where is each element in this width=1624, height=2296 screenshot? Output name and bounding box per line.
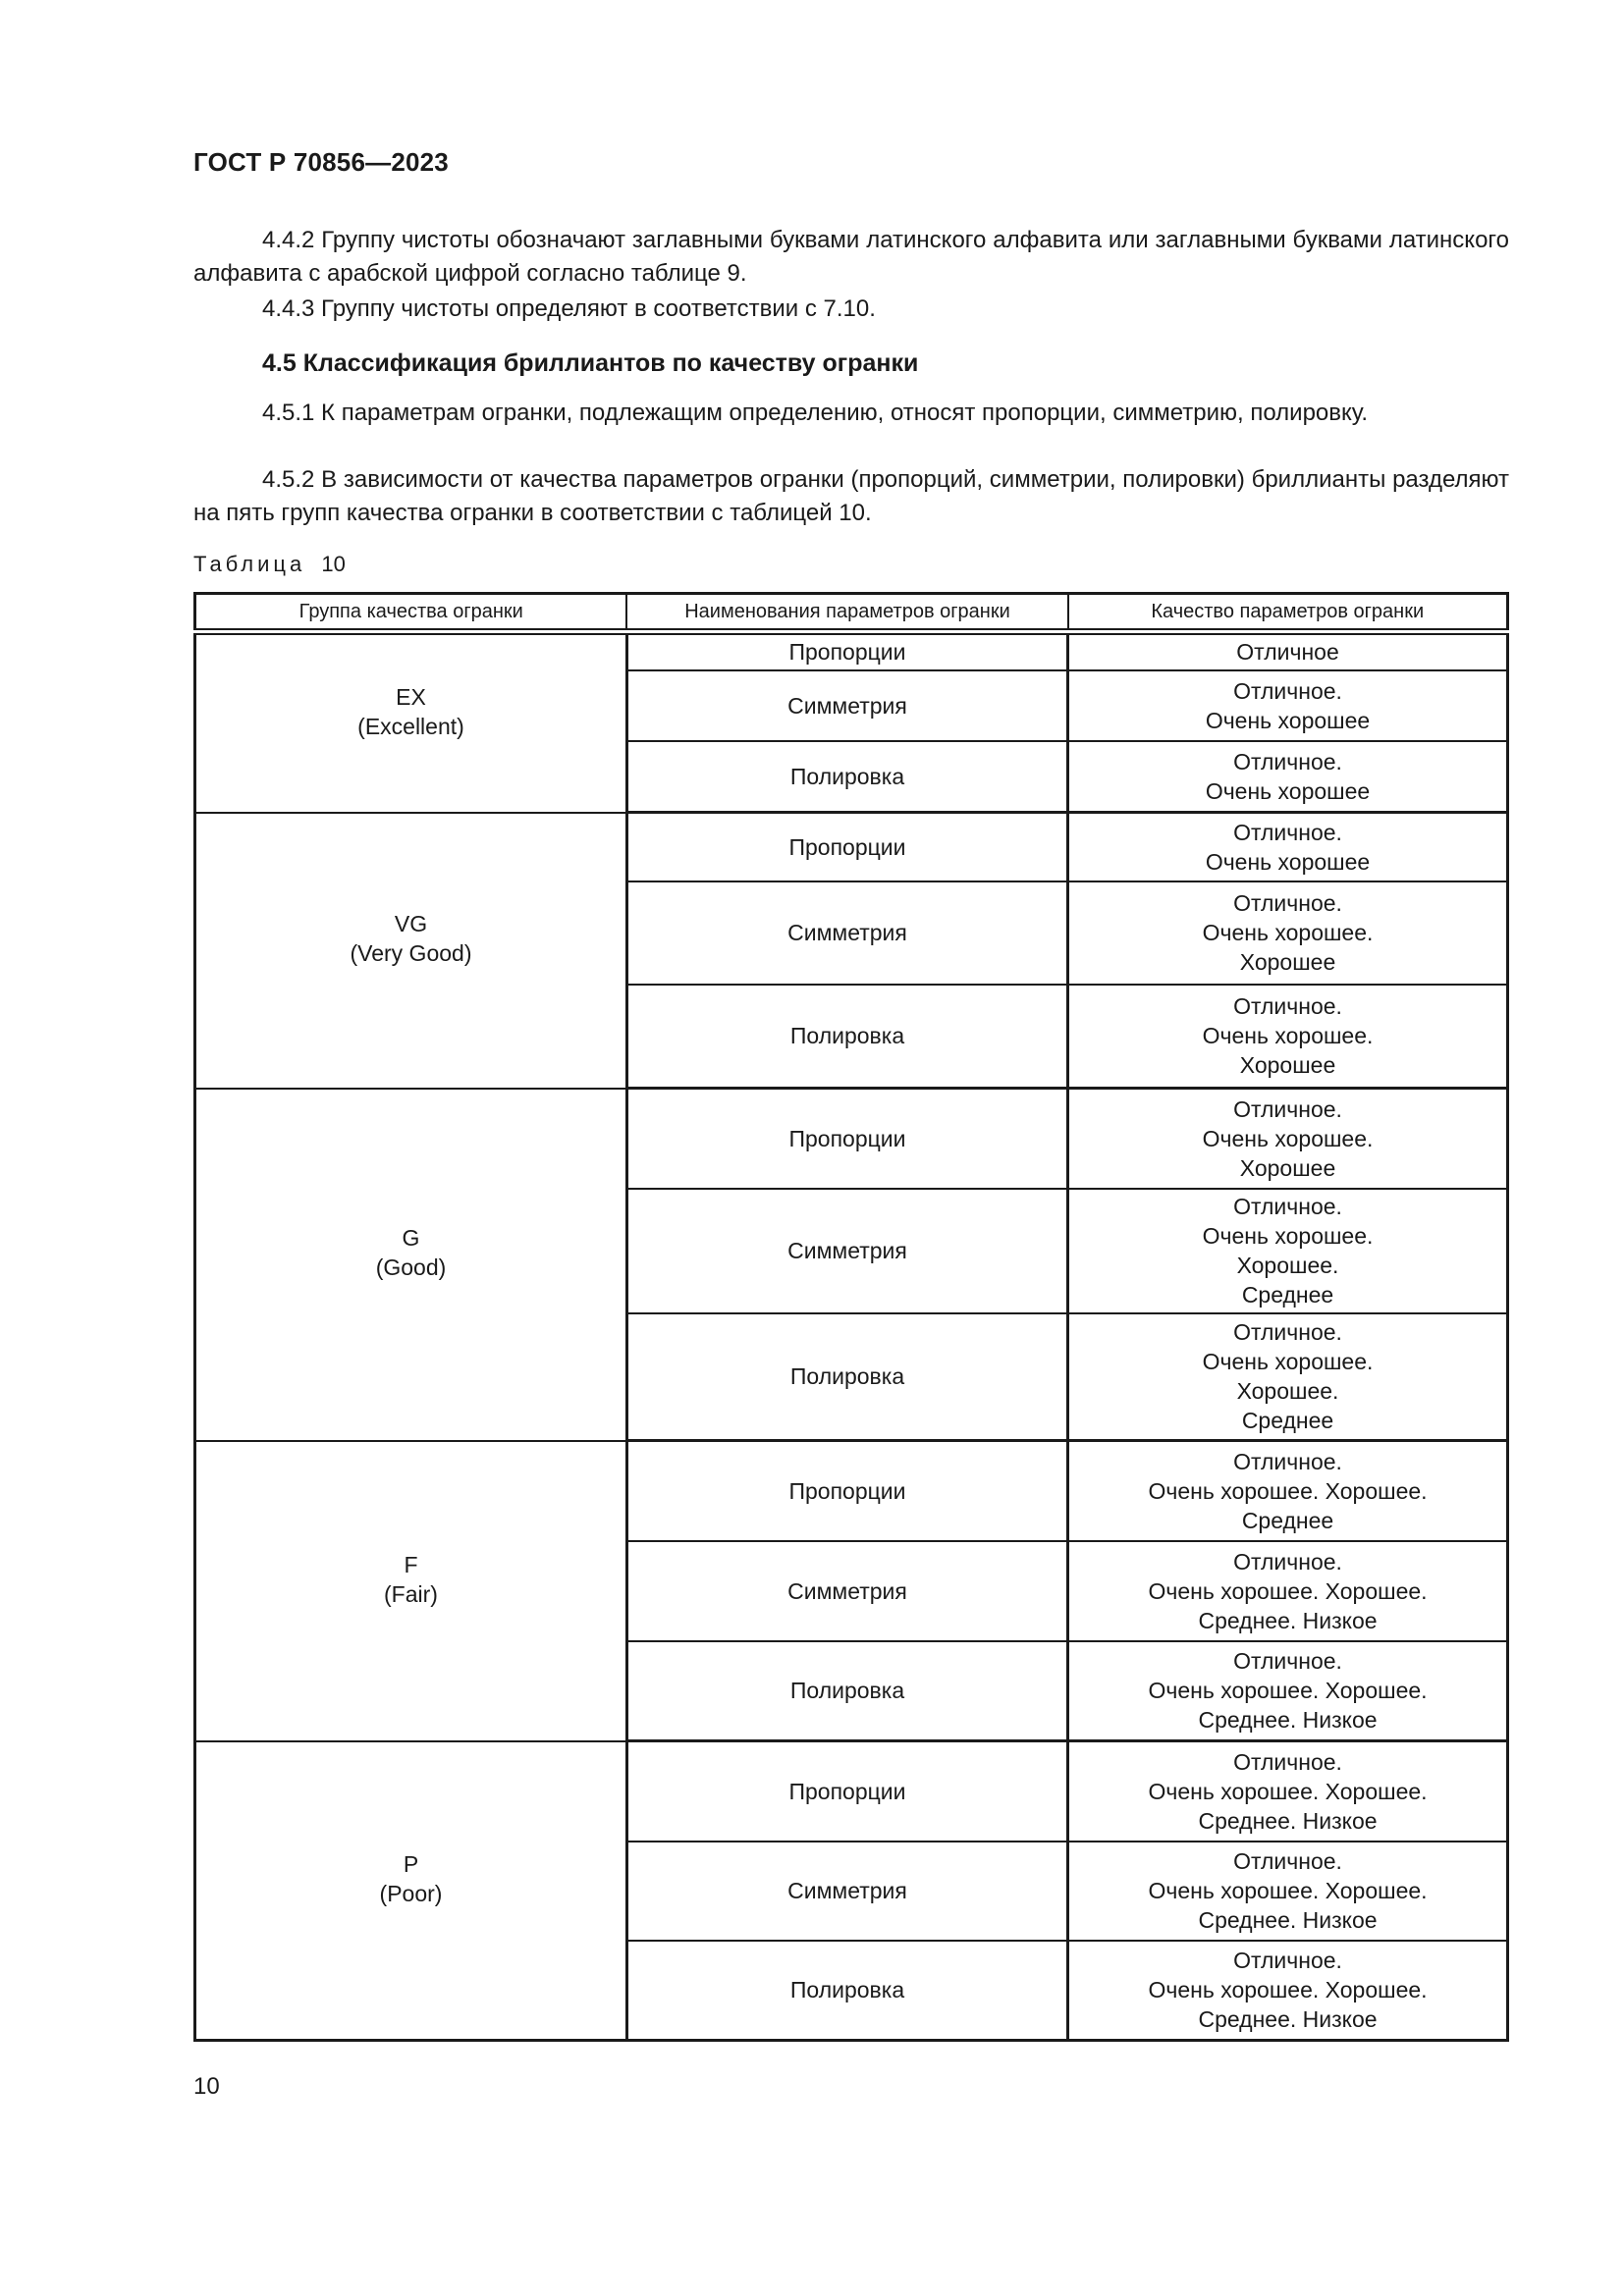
paragraph-4-5-1: 4.5.1 К параметрам огранки, подлежащим о… bbox=[193, 397, 1509, 430]
quality-line: Отличное. bbox=[1075, 888, 1500, 918]
parameter-cell: Полировка bbox=[626, 985, 1067, 1089]
quality-cell: Отличное.Очень хорошее. Хорошее.Среднее.… bbox=[1068, 1541, 1508, 1641]
quality-line: Очень хорошее bbox=[1075, 776, 1500, 806]
section-title-4-5: 4.5 Классификация бриллиантов по качеств… bbox=[262, 349, 918, 378]
quality-cell: Отличное.Очень хорошее. Хорошее.Среднее.… bbox=[1068, 1941, 1508, 2041]
cut-group-cell: F(Fair) bbox=[195, 1441, 627, 1741]
quality-line: Очень хорошее. Хорошее. bbox=[1075, 1476, 1500, 1506]
quality-line: Очень хорошее. bbox=[1075, 1221, 1500, 1251]
quality-line: Очень хорошее. Хорошее. bbox=[1075, 1876, 1500, 1905]
parameter-cell: Полировка bbox=[626, 741, 1067, 813]
quality-line: Хорошее. bbox=[1075, 1376, 1500, 1406]
cut-quality-table: Группа качества огранки Наименования пар… bbox=[193, 592, 1509, 2042]
cut-group-cell: VG(Very Good) bbox=[195, 813, 627, 1089]
quality-cell: Отличное.Очень хорошее. Хорошее.Среднее.… bbox=[1068, 1741, 1508, 1842]
quality-line: Отличное. bbox=[1075, 1547, 1500, 1576]
header-quality: Качество параметров огранки bbox=[1068, 594, 1508, 632]
quality-cell: Отличное.Очень хорошее bbox=[1068, 670, 1508, 741]
quality-line: Очень хорошее. Хорошее. bbox=[1075, 1576, 1500, 1606]
parameter-cell: Пропорции bbox=[626, 813, 1067, 881]
table-row: F(Fair)ПропорцииОтличное.Очень хорошее. … bbox=[195, 1441, 1508, 1541]
group-code: F bbox=[202, 1550, 620, 1579]
group-name: (Good) bbox=[202, 1253, 620, 1282]
quality-line: Очень хорошее bbox=[1075, 706, 1500, 735]
quality-cell: Отличное.Очень хорошее.Хорошее bbox=[1068, 1089, 1508, 1189]
paragraph-text: 4.4.2 Группу чистоты обозначают заглавны… bbox=[193, 227, 1509, 287]
table-caption: Таблица 10 bbox=[193, 552, 346, 577]
quality-line: Отличное. bbox=[1075, 991, 1500, 1021]
parameter-cell: Пропорции bbox=[626, 1089, 1067, 1189]
parameter-cell: Полировка bbox=[626, 1313, 1067, 1441]
cut-group-cell: P(Poor) bbox=[195, 1741, 627, 2041]
header-parameter: Наименования параметров огранки bbox=[626, 594, 1067, 632]
quality-line: Хорошее bbox=[1075, 1153, 1500, 1183]
quality-line: Очень хорошее. bbox=[1075, 1021, 1500, 1050]
quality-cell: Отличное.Очень хорошее. Хорошее.Среднее.… bbox=[1068, 1641, 1508, 1741]
quality-line: Отличное. bbox=[1075, 1846, 1500, 1876]
parameter-cell: Полировка bbox=[626, 1941, 1067, 2041]
group-code: EX bbox=[202, 682, 620, 712]
cut-group-cell: EX(Excellent) bbox=[195, 632, 627, 813]
table-header-row: Группа качества огранки Наименования пар… bbox=[195, 594, 1508, 632]
group-name: (Fair) bbox=[202, 1579, 620, 1609]
table-row: VG(Very Good)ПропорцииОтличное.Очень хор… bbox=[195, 813, 1508, 881]
header-group: Группа качества огранки bbox=[195, 594, 627, 632]
paragraph-text: 4.4.3 Группу чистоты определяют в соотве… bbox=[262, 295, 876, 322]
parameter-cell: Пропорции bbox=[626, 1741, 1067, 1842]
quality-line: Отличное. bbox=[1075, 1447, 1500, 1476]
quality-line: Очень хорошее bbox=[1075, 847, 1500, 877]
cut-group-cell: G(Good) bbox=[195, 1089, 627, 1441]
group-name: (Excellent) bbox=[202, 712, 620, 741]
parameter-cell: Пропорции bbox=[626, 632, 1067, 670]
quality-line: Отличное. bbox=[1075, 1192, 1500, 1221]
quality-line: Отличное. bbox=[1075, 1747, 1500, 1777]
quality-cell: Отличное.Очень хорошее bbox=[1068, 813, 1508, 881]
quality-line: Хорошее. bbox=[1075, 1251, 1500, 1280]
group-code: G bbox=[202, 1223, 620, 1253]
table-row: P(Poor)ПропорцииОтличное.Очень хорошее. … bbox=[195, 1741, 1508, 1842]
quality-line: Очень хорошее. bbox=[1075, 918, 1500, 947]
parameter-cell: Симметрия bbox=[626, 670, 1067, 741]
quality-line: Очень хорошее. Хорошее. bbox=[1075, 1676, 1500, 1705]
quality-line: Отличное. bbox=[1075, 1317, 1500, 1347]
group-name: (Very Good) bbox=[202, 938, 620, 968]
parameter-cell: Симметрия bbox=[626, 1541, 1067, 1641]
quality-line: Отличное. bbox=[1075, 1646, 1500, 1676]
quality-line: Очень хорошее. Хорошее. bbox=[1075, 1975, 1500, 2004]
quality-line: Отличное. bbox=[1075, 676, 1500, 706]
quality-line: Среднее bbox=[1075, 1506, 1500, 1535]
quality-cell: Отличное bbox=[1068, 632, 1508, 670]
parameter-cell: Полировка bbox=[626, 1641, 1067, 1741]
quality-cell: Отличное.Очень хорошее.Хорошее.Среднее bbox=[1068, 1313, 1508, 1441]
quality-line: Отличное. bbox=[1075, 1946, 1500, 1975]
parameter-cell: Симметрия bbox=[626, 1189, 1067, 1313]
quality-cell: Отличное.Очень хорошее.Хорошее bbox=[1068, 881, 1508, 985]
quality-cell: Отличное.Очень хорошее.Хорошее bbox=[1068, 985, 1508, 1089]
quality-line: Среднее. Низкое bbox=[1075, 1606, 1500, 1635]
group-code: VG bbox=[202, 909, 620, 938]
group-code: P bbox=[202, 1849, 620, 1879]
quality-line: Очень хорошее. bbox=[1075, 1347, 1500, 1376]
quality-line: Среднее. Низкое bbox=[1075, 2004, 1500, 2034]
paragraph-text: 4.5.2 В зависимости от качества параметр… bbox=[193, 466, 1509, 526]
paragraph-4-4-3: 4.4.3 Группу чистоты определяют в соотве… bbox=[193, 293, 1509, 326]
page-number: 10 bbox=[193, 2073, 220, 2101]
quality-line: Хорошее bbox=[1075, 1050, 1500, 1080]
quality-line: Среднее bbox=[1075, 1280, 1500, 1309]
table-row: EX(Excellent)ПропорцииОтличное bbox=[195, 632, 1508, 670]
parameter-cell: Симметрия bbox=[626, 1842, 1067, 1941]
quality-line: Среднее. Низкое bbox=[1075, 1705, 1500, 1735]
quality-line: Хорошее bbox=[1075, 947, 1500, 977]
document-id-header: ГОСТ Р 70856—2023 bbox=[193, 147, 449, 178]
quality-line: Очень хорошее. bbox=[1075, 1124, 1500, 1153]
quality-line: Очень хорошее. Хорошее. bbox=[1075, 1777, 1500, 1806]
quality-cell: Отличное.Очень хорошее bbox=[1068, 741, 1508, 813]
quality-line: Отличное. bbox=[1075, 1095, 1500, 1124]
quality-line: Отличное bbox=[1075, 637, 1500, 667]
paragraph-4-4-2: 4.4.2 Группу чистоты обозначают заглавны… bbox=[193, 224, 1509, 291]
quality-line: Среднее. Низкое bbox=[1075, 1905, 1500, 1935]
group-name: (Poor) bbox=[202, 1879, 620, 1908]
table-caption-number: 10 bbox=[321, 552, 345, 576]
paragraph-4-5-2: 4.5.2 В зависимости от качества параметр… bbox=[193, 463, 1509, 530]
quality-cell: Отличное.Очень хорошее.Хорошее.Среднее bbox=[1068, 1189, 1508, 1313]
quality-line: Отличное. bbox=[1075, 747, 1500, 776]
table-body: EX(Excellent)ПропорцииОтличноеСимметрияО… bbox=[195, 632, 1508, 2041]
table-caption-word: Таблица bbox=[193, 552, 305, 576]
quality-line: Отличное. bbox=[1075, 818, 1500, 847]
paragraph-text: 4.5.1 К параметрам огранки, подлежащим о… bbox=[262, 400, 1368, 426]
table-row: G(Good)ПропорцииОтличное.Очень хорошее.Х… bbox=[195, 1089, 1508, 1189]
quality-cell: Отличное.Очень хорошее. Хорошее.Среднее.… bbox=[1068, 1842, 1508, 1941]
quality-cell: Отличное.Очень хорошее. Хорошее.Среднее bbox=[1068, 1441, 1508, 1541]
parameter-cell: Пропорции bbox=[626, 1441, 1067, 1541]
quality-line: Среднее bbox=[1075, 1406, 1500, 1435]
quality-line: Среднее. Низкое bbox=[1075, 1806, 1500, 1836]
parameter-cell: Симметрия bbox=[626, 881, 1067, 985]
